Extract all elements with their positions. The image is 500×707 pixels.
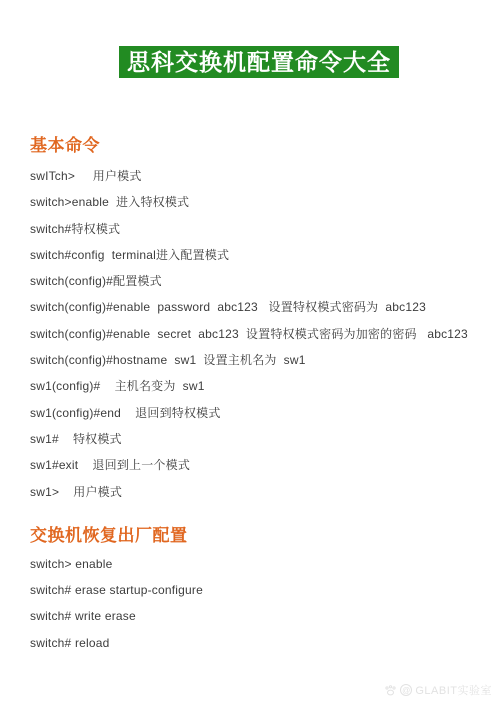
command-line: switch(config)#配置模式: [30, 268, 470, 294]
page-title: 思科交换机配置命令大全: [119, 46, 399, 78]
section-heading-factory-reset: 交换机恢复出厂配置: [30, 525, 470, 546]
watermark: @ GLABIT实验室: [384, 682, 492, 698]
command-line: sw1# 特权模式: [30, 426, 470, 452]
command-line: switch(config)#enable secret abc123 设置特权…: [30, 321, 470, 347]
command-line: swITch> 用户模式: [30, 163, 470, 189]
command-list-basic: swITch> 用户模式 switch>enable 进入特权模式 switch…: [30, 163, 470, 505]
command-line: switch(config)#enable password abc123 设置…: [30, 294, 470, 320]
command-line: sw1(config)# 主机名变为 sw1: [30, 373, 470, 399]
command-line: switch>enable 进入特权模式: [30, 189, 470, 215]
command-line: sw1> 用户模式: [30, 479, 470, 505]
paw-icon: [384, 684, 397, 697]
command-line: switch# write erase: [30, 603, 470, 629]
command-line: switch(config)#hostname sw1 设置主机名为 sw1: [30, 347, 470, 373]
title-bar: 思科交换机配置命令大全: [0, 0, 500, 78]
command-line: sw1#exit 退回到上一个模式: [30, 452, 470, 478]
watermark-text: GLABIT实验室: [415, 682, 492, 698]
command-line: switch#特权模式: [30, 216, 470, 242]
command-line: sw1(config)#end 退回到特权模式: [30, 400, 470, 426]
command-line: switch> enable: [30, 551, 470, 577]
command-line: switch# reload: [30, 630, 470, 656]
command-list-factory-reset: switch> enable switch# erase startup-con…: [30, 551, 470, 656]
command-line: switch#config terminal进入配置模式: [30, 242, 470, 268]
command-line: switch# erase startup-configure: [30, 577, 470, 603]
badge-icon: @: [400, 684, 412, 696]
document-body: 基本命令 swITch> 用户模式 switch>enable 进入特权模式 s…: [0, 135, 500, 656]
section-heading-basic-commands: 基本命令: [30, 135, 470, 156]
